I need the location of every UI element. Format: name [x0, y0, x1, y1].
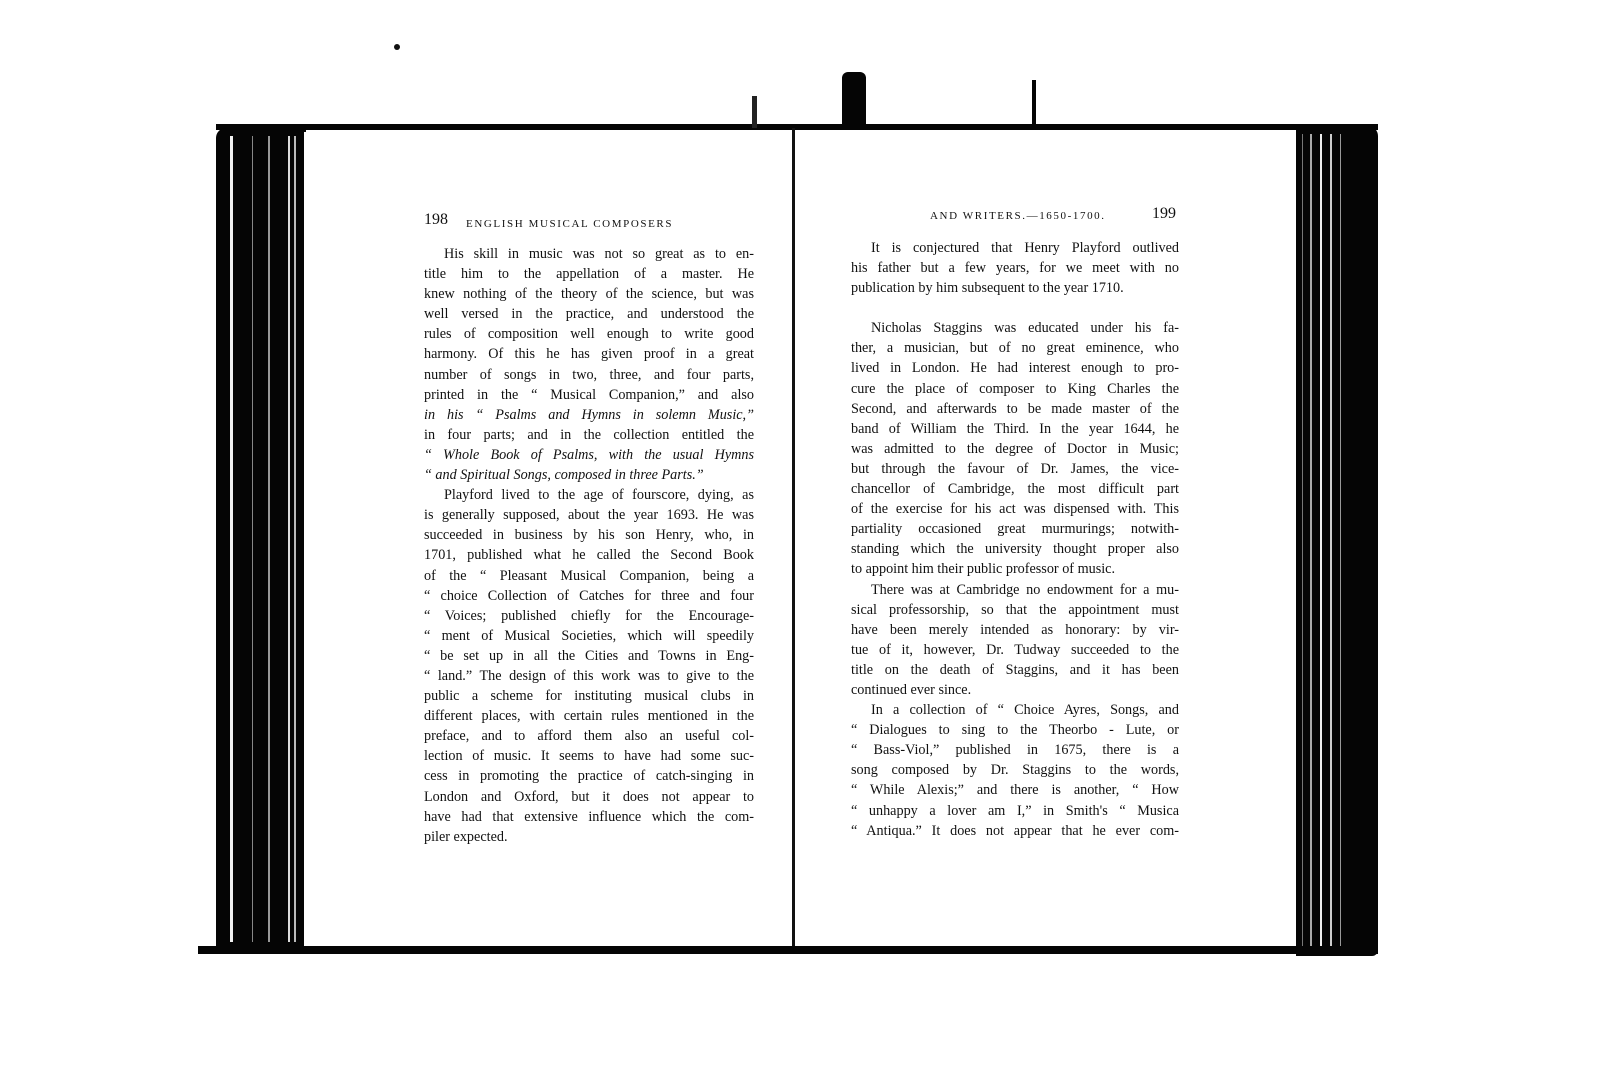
text-line: Nicholas Staggins was educated under his… — [851, 318, 1179, 338]
right-page-edges — [1296, 126, 1378, 956]
text-line: “ unhappy a lover am I,” in Smith's “ Mu… — [851, 801, 1179, 821]
text-line: well versed in the practice, and underst… — [424, 304, 754, 324]
text-line: his father but a few years, for we meet … — [851, 258, 1179, 278]
text-line: London and Oxford, but it does not appea… — [424, 787, 754, 807]
text-line: “ be set up in all the Cities and Towns … — [424, 646, 754, 666]
book-bottom-edge — [198, 946, 1378, 954]
text-line: was admitted to the degree of Doctor in … — [851, 439, 1179, 459]
text-line: standing which the university thought pr… — [851, 539, 1179, 559]
text-line: in four parts; and in the collection ent… — [424, 425, 754, 445]
text-line: printed in the “ Musical Companion,” and… — [424, 385, 754, 405]
right-page-number: 199 — [1152, 205, 1176, 223]
text-line: different places, with certain rules men… — [424, 706, 754, 726]
text-line: Second, and afterwards to be made master… — [851, 399, 1179, 419]
text-line: Playford lived to the age of fourscore, … — [424, 485, 754, 505]
text-line: It is conjectured that Henry Playford ou… — [851, 238, 1179, 258]
text-line: “ land.” The design of this work was to … — [424, 666, 754, 686]
text-line: have been merely intended as honorary: b… — [851, 620, 1179, 640]
text-line: continued ever since. — [851, 680, 1179, 700]
book-gutter — [792, 128, 795, 952]
left-page-number: 198 — [424, 211, 448, 229]
bookmark-thread — [1032, 80, 1036, 128]
text-line: cure the place of composer to King Charl… — [851, 379, 1179, 399]
text-line: to appoint him their public professor of… — [851, 559, 1179, 579]
text-line: sical professorship, so that the appoint… — [851, 600, 1179, 620]
text-line: of the exercise for his act was dispense… — [851, 499, 1179, 519]
text-line: cess in promoting the practice of catch-… — [424, 766, 754, 786]
text-line: rules of composition well enough to writ… — [424, 324, 754, 344]
text-line: but through the favour of Dr. James, the… — [851, 459, 1179, 479]
text-line: lived in London. He had interest enough … — [851, 358, 1179, 378]
text-line: succeeded in business by his son Henry, … — [424, 525, 754, 545]
text-line: “ Bass-Viol,” published in 1675, there i… — [851, 740, 1179, 760]
text-line: “ and Spiritual Songs, composed in three… — [424, 465, 754, 485]
text-line: title him to the appellation of a master… — [424, 264, 754, 284]
text-line: song composed by Dr. Staggins to the wor… — [851, 760, 1179, 780]
left-running-head: ENGLISH MUSICAL COMPOSERS — [466, 218, 673, 230]
text-line: piler expected. — [424, 827, 754, 847]
text-line: number of songs in two, three, and four … — [424, 365, 754, 385]
text-line: knew nothing of the theory of the scienc… — [424, 284, 754, 304]
right-page-text: It is conjectured that Henry Playford ou… — [851, 238, 1179, 841]
book-top-edge — [216, 124, 1378, 130]
text-line: have had that extensive influence which … — [424, 807, 754, 827]
text-line: preface, and to afford them also an usef… — [424, 726, 754, 746]
text-line: harmony. Of this he has given proof in a… — [424, 344, 754, 364]
text-line: public a scheme for instituting musical … — [424, 686, 754, 706]
text-line: in his “ Psalms and Hymns in solemn Musi… — [424, 405, 754, 425]
text-line: partiality occasioned great murmurings; … — [851, 519, 1179, 539]
left-page-text: His skill in music was not so great as t… — [424, 244, 754, 847]
page-tab — [752, 96, 757, 128]
text-line: ther, a musician, but of no great eminen… — [851, 338, 1179, 358]
text-line: lection of music. It seems to have had s… — [424, 746, 754, 766]
left-page-edges — [216, 128, 306, 950]
right-running-head: AND WRITERS.—1650-1700. — [930, 210, 1106, 222]
text-line: His skill in music was not so great as t… — [424, 244, 754, 264]
text-line: In a collection of “ Choice Ayres, Songs… — [851, 700, 1179, 720]
text-line: of the “ Pleasant Musical Companion, bei… — [424, 566, 754, 586]
text-line: “ Whole Book of Psalms, with the usual H… — [424, 445, 754, 465]
text-line: chancellor of Cambridge, the most diffic… — [851, 479, 1179, 499]
text-line: is generally supposed, about the year 16… — [424, 505, 754, 525]
text-line: “ choice Collection of Catches for three… — [424, 586, 754, 606]
text-line: There was at Cambridge no endowment for … — [851, 580, 1179, 600]
bookmark-ribbon — [842, 72, 866, 128]
text-line: “ Voices; published chiefly for the Enco… — [424, 606, 754, 626]
text-line: publication by him subsequent to the yea… — [851, 278, 1179, 298]
scan-speck — [394, 44, 400, 50]
text-line: “ Antiqua.” It does not appear that he e… — [851, 821, 1179, 841]
text-line: tue of it, however, Dr. Tudway succeeded… — [851, 640, 1179, 660]
text-line: “ Dialogues to sing to the Theorbo - Lut… — [851, 720, 1179, 740]
text-line: “ ment of Musical Societies, which will … — [424, 626, 754, 646]
paragraph-gap — [851, 298, 1179, 318]
text-line: band of William the Third. In the year 1… — [851, 419, 1179, 439]
text-line: 1701, published what he called the Secon… — [424, 545, 754, 565]
text-line: title on the death of Staggins, and it h… — [851, 660, 1179, 680]
text-line: “ While Alexis;” and there is another, “… — [851, 780, 1179, 800]
